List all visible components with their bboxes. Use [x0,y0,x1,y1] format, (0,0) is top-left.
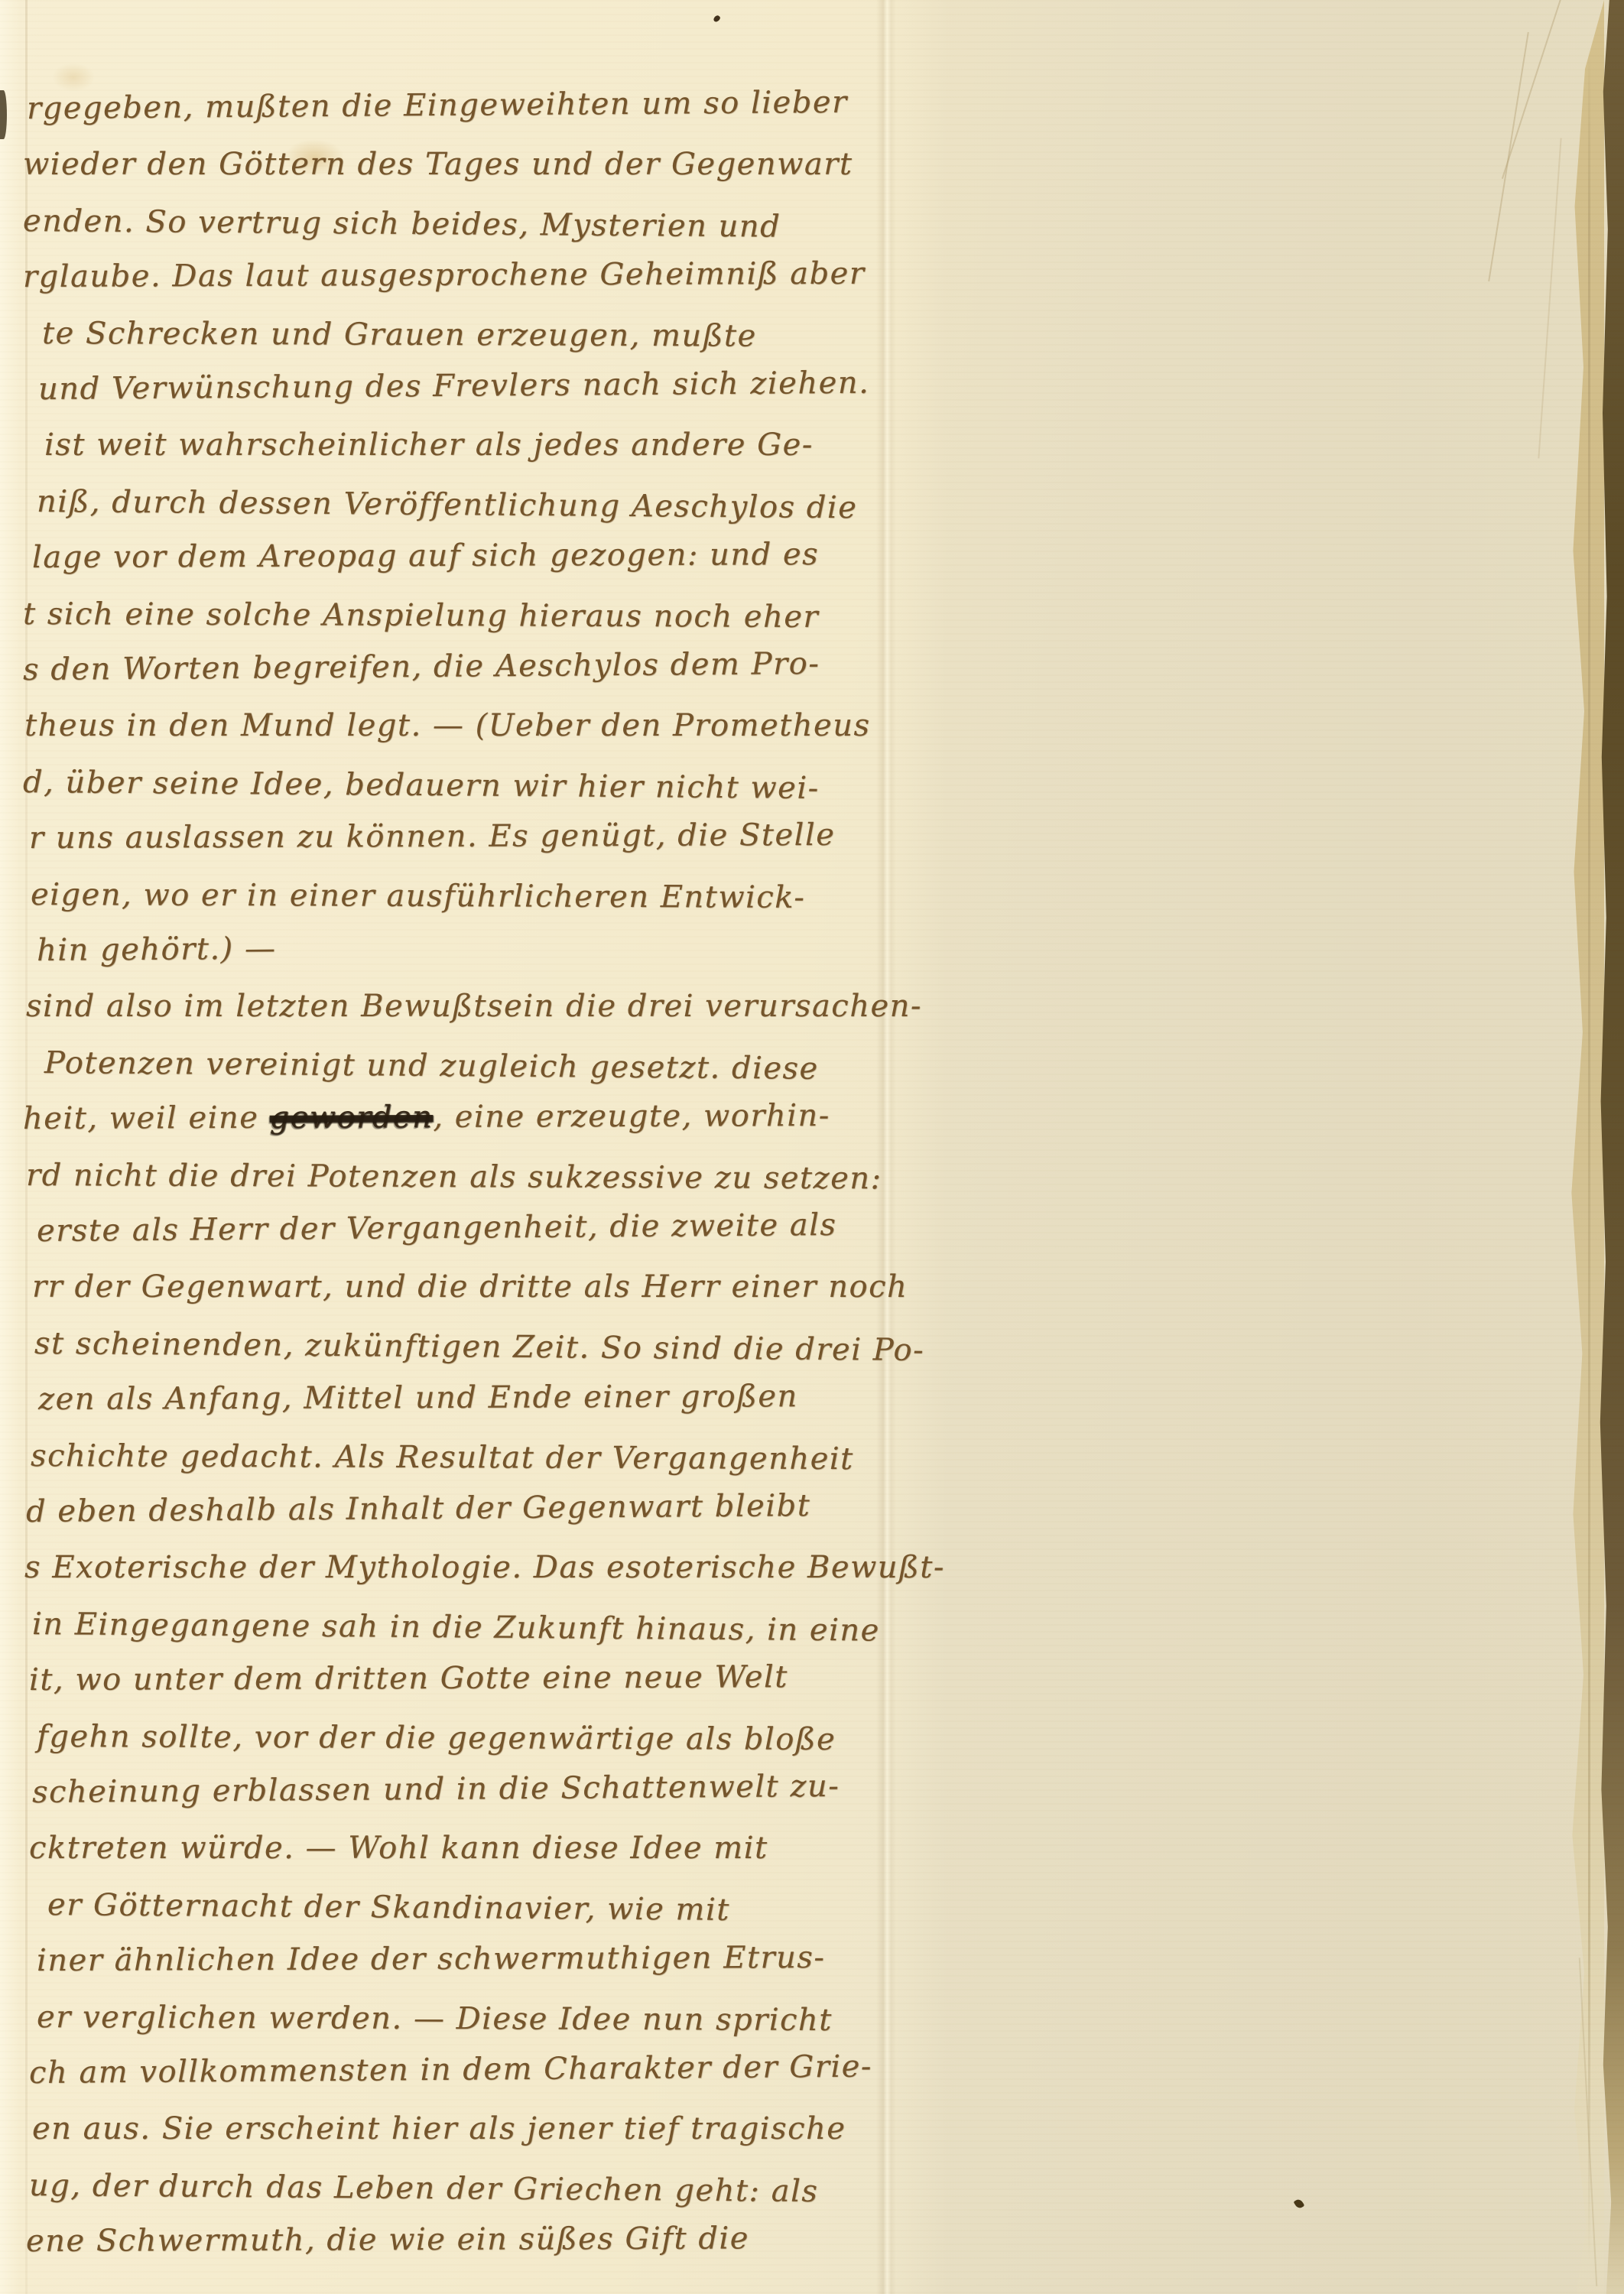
manuscript-line: d, über seine Idee, bedauern wir hier ni… [23,759,820,811]
manuscript-line: it, wo unter dem dritten Gotte eine neue… [29,1654,788,1703]
manuscript-line: st scheinenden, zukünftigen Zeit. So sin… [34,1321,925,1373]
left-edge-ink-mark [0,90,7,139]
manuscript-line-segment: heit, weil eine [23,1100,270,1136]
left-page-edge [0,0,20,2294]
right-half-shading [887,0,1624,2294]
manuscript-line: enden. So vertrug sich beides, Mysterien… [23,198,781,250]
manuscript-line: zen als Anfang, Mittel und Ende einer gr… [38,1373,798,1422]
manuscript-line: erste als Herr der Vergangenheit, die zw… [37,1202,837,1254]
manuscript-line: eigen, wo er in einer ausführlicheren En… [31,872,806,921]
manuscript-line: ch am vollkommensten in dem Charakter de… [29,2044,872,2096]
manuscript-line: Potenzen vereinigt und zugleich gesetzt.… [44,1040,819,1092]
right-edge-crease [1588,46,1590,2263]
manuscript-line: in Eingegangene sah in die Zukunft hinau… [32,1601,880,1654]
ink-speck [713,15,721,23]
manuscript-line: lage vor dem Areopag auf sich gezogen: u… [32,531,819,580]
manuscript-line: er verglichen werden. — Diese Idee nun s… [37,1994,833,2043]
manuscript-line: niß, durch dessen Veröffentlichung Aesch… [37,479,858,531]
manuscript-line: und Verwünschung des Frevlers nach sich … [38,360,870,412]
manuscript-line: d eben deshalb als Inhalt der Gegenwart … [26,1483,811,1535]
manuscript-line: rglaube. Das laut ausgesprochene Geheimn… [23,251,866,300]
manuscript-line: r uns auslassen zu können. Es genügt, di… [29,812,836,861]
manuscript-line: heit, weil eine geworden, eine erzeugte,… [23,1093,830,1142]
manuscript-line: s Exoterische der Mythologie. Das esoter… [24,1545,945,1591]
manuscript-line: er Götternacht der Skandinavier, wie mit [47,1882,730,1933]
manuscript-line: ug, der durch das Leben der Griechen geh… [29,2162,819,2214]
manuscript-line: ist weit wahrscheinlicher als jedes ande… [44,422,814,468]
manuscript-line: en aus. Sie erscheint hier als jener tie… [32,2106,846,2152]
manuscript-page: rgegeben, mußten die Eingeweihten um so … [0,0,1624,2294]
manuscript-line: scheinung erblassen und in die Schattenw… [32,1763,840,1815]
manuscript-line: fgehn sollte, vor der die gegenwärtige a… [37,1714,836,1763]
manuscript-line: ene Schwermuth, die wie ein süßes Gift d… [26,2216,749,2265]
manuscript-line: schichte gedacht. Als Resultat der Verga… [31,1433,854,1482]
manuscript-line: wieder den Göttern des Tages und der Geg… [23,141,853,187]
manuscript-line: te Schrecken und Grauen erzeugen, mußte [42,310,757,359]
manuscript-line: t sich eine solche Anspielung hieraus no… [23,591,819,640]
manuscript-line: rd nicht die drei Potenzen als sukzessiv… [26,1152,882,1201]
manuscript-line: rr der Gegenwart, und die dritte als Her… [32,1264,908,1310]
manuscript-line: s den Worten begreifen, die Aeschylos de… [23,641,820,693]
manuscript-line: theus in den Mund legt. — (Ueber den Pro… [24,703,871,749]
manuscript-line: iner ähnlichen Idee der schwermuthigen E… [37,1935,826,1984]
manuscript-line: cktreten würde. — Wohl kann diese Idee m… [29,1825,768,1871]
manuscript-line: rgegeben, mußten die Eingeweihten um so … [27,80,848,132]
struck-word: geworden [269,1100,433,1136]
left-gutter-crease [25,0,28,2294]
manuscript-line-segment: , eine erzeugte, worhin- [433,1098,830,1135]
manuscript-line: hin gehört.) — [37,926,277,973]
manuscript-line: sind also im letzten Bewußtsein die drei… [26,983,922,1029]
